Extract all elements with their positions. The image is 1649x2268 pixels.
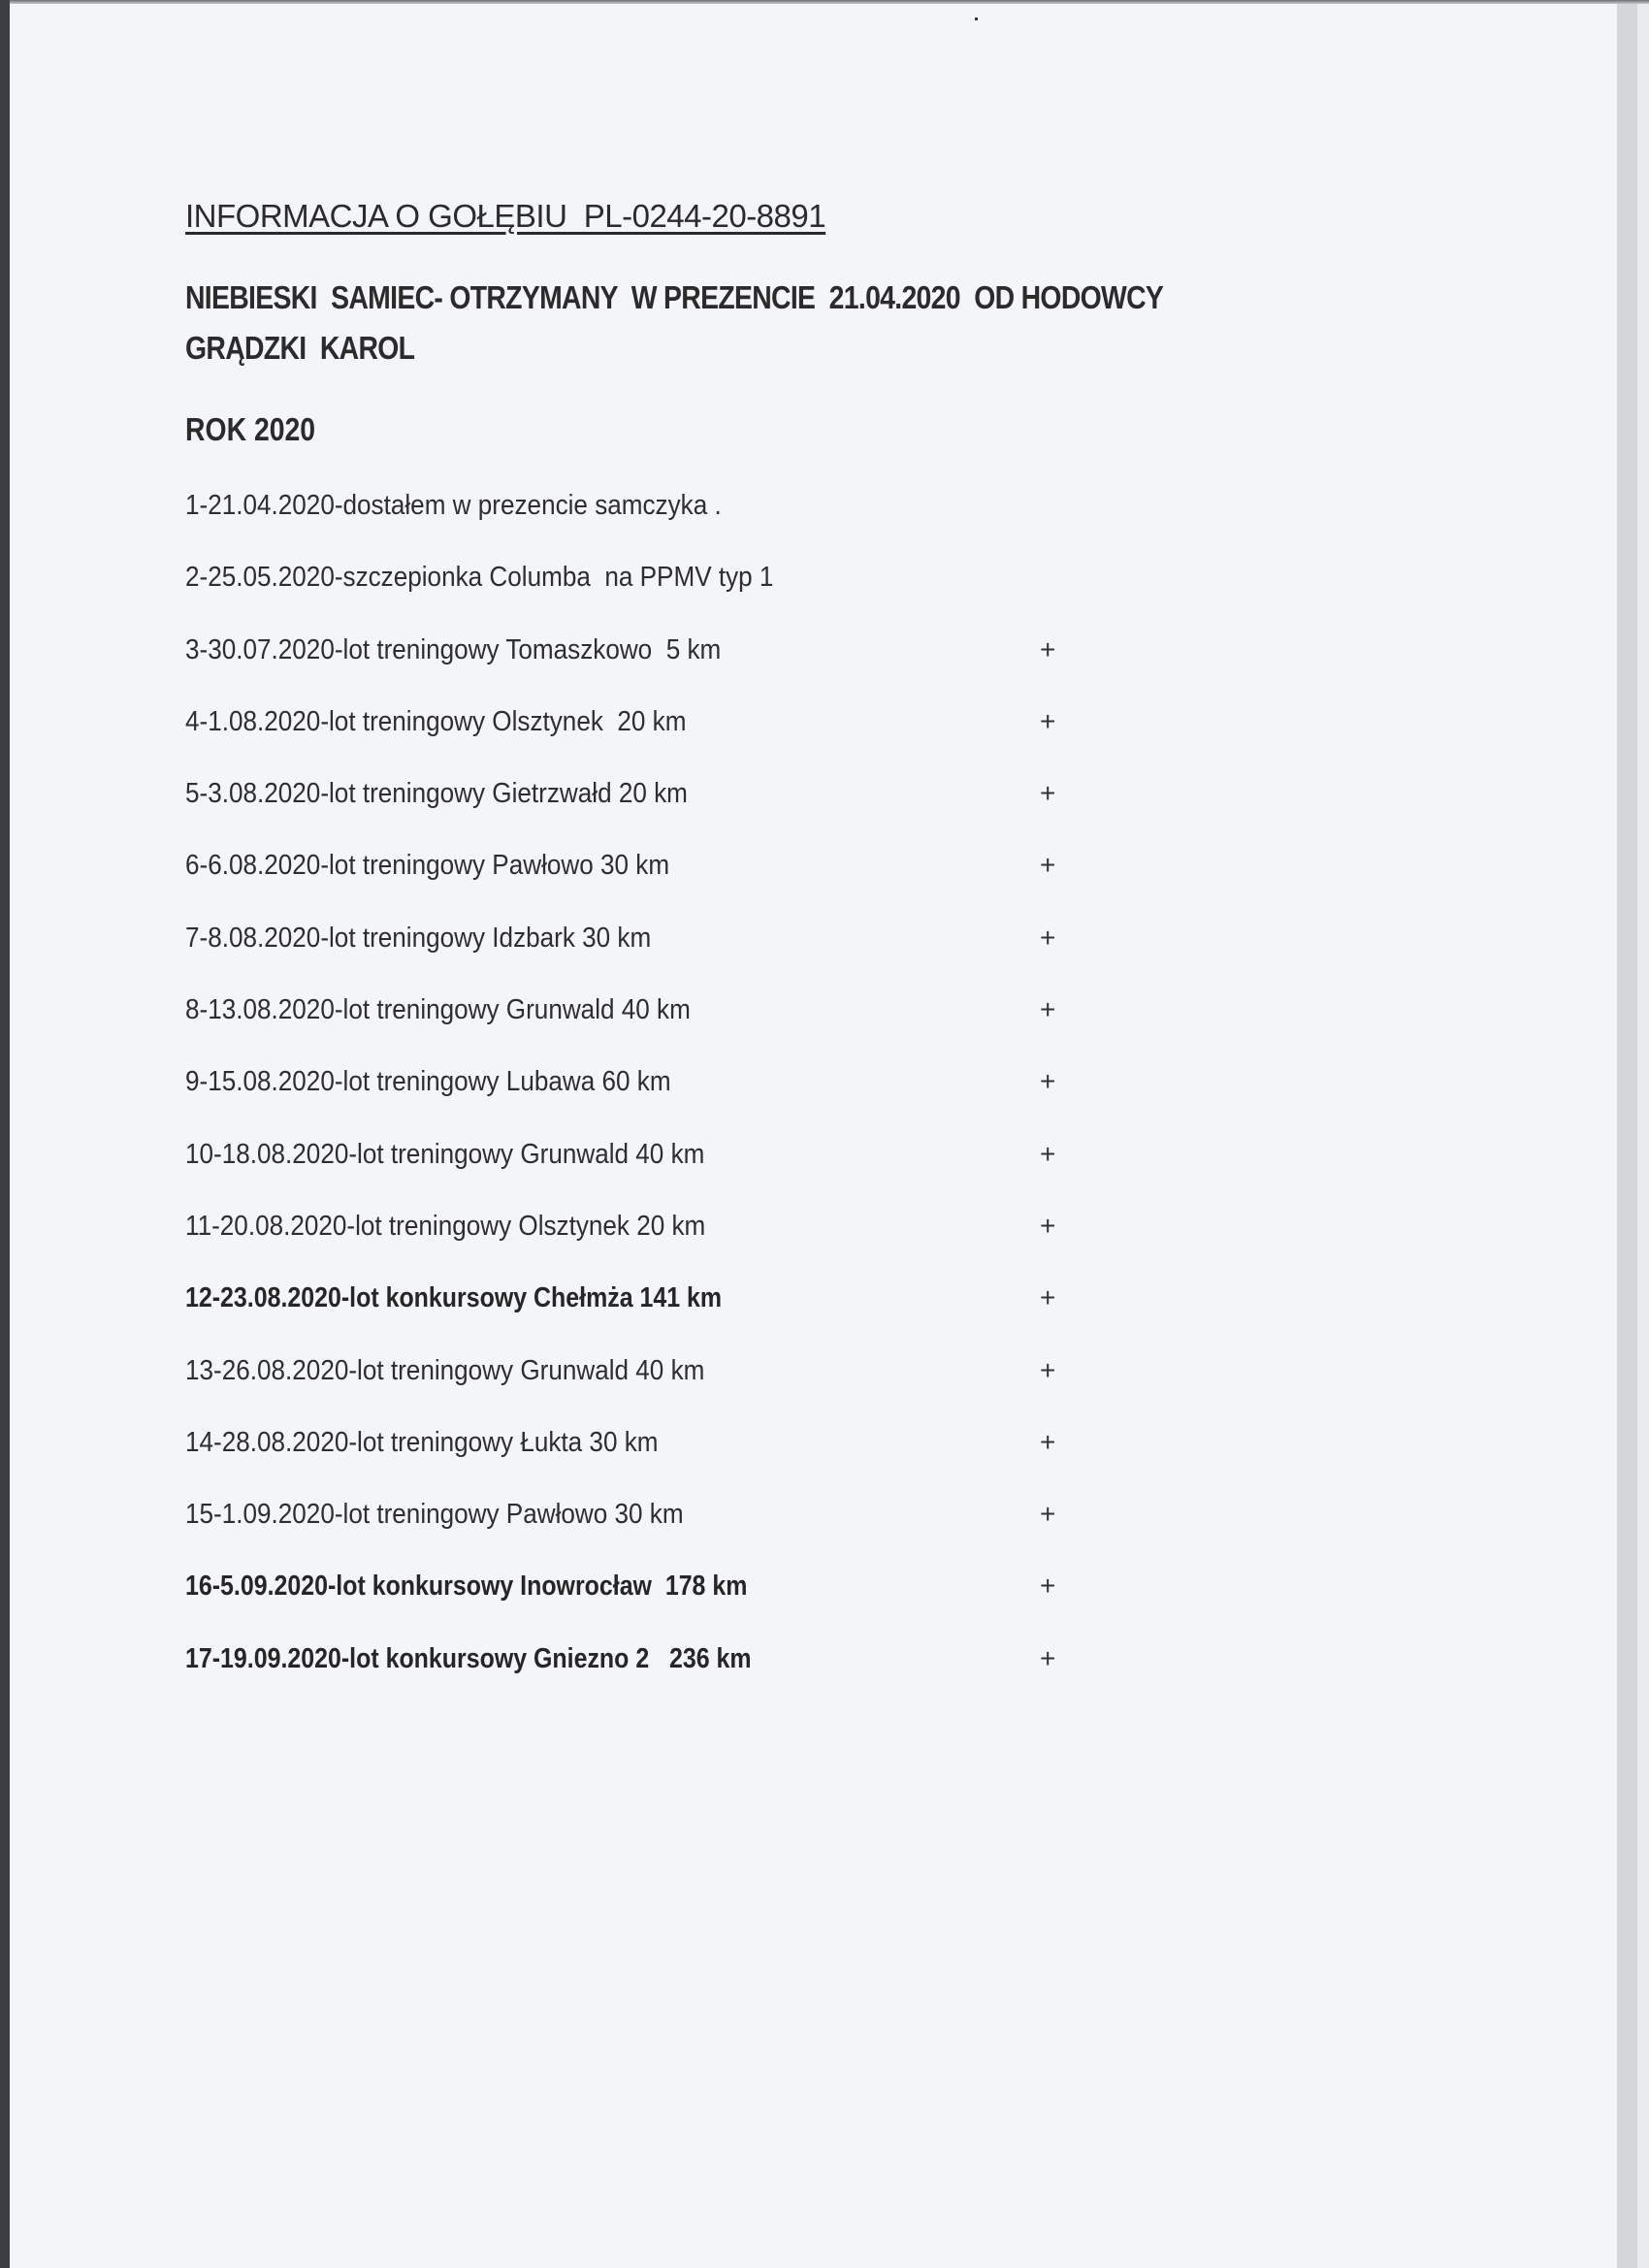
log-entry-text: 4-1.08.2020-lot treningowy Olsztynek 20 …	[185, 706, 686, 738]
plus-mark-icon: +	[1040, 850, 1055, 881]
log-entry: 7-8.08.2020-lot treningowy Idzbark 30 km…	[185, 923, 1155, 994]
plus-mark-icon: +	[1040, 923, 1055, 954]
log-entry-text: 1-21.04.2020-dostałem w prezencie samczy…	[185, 490, 722, 522]
log-entry: 3-30.07.2020-lot treningowy Tomaszkowo 5…	[185, 634, 1155, 706]
scan-left-edge	[0, 0, 10, 2268]
plus-mark-icon: +	[1040, 1211, 1055, 1242]
plus-mark-icon: +	[1040, 634, 1055, 665]
plus-mark-icon: +	[1040, 778, 1055, 809]
log-entry: 2-25.05.2020-szczepionka Columba na PPMV…	[185, 562, 1155, 633]
plus-mark-icon: +	[1040, 1571, 1055, 1602]
log-entry-text: 17-19.09.2020-lot konkursowy Gniezno 2 2…	[185, 1643, 752, 1675]
log-entry: 17-19.09.2020-lot konkursowy Gniezno 2 2…	[185, 1643, 1155, 1715]
log-entry: 13-26.08.2020-lot treningowy Grunwald 40…	[185, 1355, 1155, 1427]
log-entry: 16-5.09.2020-lot konkursowy Inowrocław 1…	[185, 1571, 1155, 1642]
log-entry: 6-6.08.2020-lot treningowy Pawłowo 30 km…	[185, 850, 1155, 922]
year-heading: ROK 2020	[185, 411, 315, 448]
plus-mark-icon: +	[1040, 1355, 1055, 1386]
plus-mark-icon: +	[1040, 994, 1055, 1025]
document-title: INFORMACJA O GOŁĘBIU PL-0244-20-8891	[185, 198, 825, 235]
paper-right-edge	[1617, 4, 1637, 2268]
log-entry-text: 15-1.09.2020-lot treningowy Pawłowo 30 k…	[185, 1499, 684, 1531]
pigeon-description-line1: NIEBIESKI SAMIEC- OTRZYMANY W PREZENCIE …	[185, 279, 1163, 316]
log-entry: 15-1.09.2020-lot treningowy Pawłowo 30 k…	[185, 1499, 1155, 1571]
log-entry-text: 16-5.09.2020-lot konkursowy Inowrocław 1…	[185, 1571, 747, 1603]
log-entry: 1-21.04.2020-dostałem w prezencie samczy…	[185, 490, 1155, 562]
log-entry: 11-20.08.2020-lot treningowy Olsztynek 2…	[185, 1211, 1155, 1282]
plus-mark-icon: +	[1040, 1066, 1055, 1097]
log-entry: 10-18.08.2020-lot treningowy Grunwald 40…	[185, 1139, 1155, 1211]
plus-mark-icon: +	[1040, 1282, 1055, 1313]
log-entry-text: 14-28.08.2020-lot treningowy Łukta 30 km	[185, 1427, 659, 1459]
log-entry: 12-23.08.2020-lot konkursowy Chełmża 141…	[185, 1282, 1155, 1354]
log-entry: 8-13.08.2020-lot treningowy Grunwald 40 …	[185, 994, 1155, 1066]
log-entry-text: 7-8.08.2020-lot treningowy Idzbark 30 km	[185, 923, 651, 955]
log-entry-text: 11-20.08.2020-lot treningowy Olsztynek 2…	[185, 1211, 705, 1243]
scan-speck	[975, 17, 978, 20]
plus-mark-icon: +	[1040, 1499, 1055, 1530]
plus-mark-icon: +	[1040, 1139, 1055, 1170]
log-entry: 14-28.08.2020-lot treningowy Łukta 30 km…	[185, 1427, 1155, 1499]
pigeon-description-line2: GRĄDZKI KAROL	[185, 330, 414, 367]
log-entry-text: 5-3.08.2020-lot treningowy Gietrzwałd 20…	[185, 778, 688, 810]
log-entry-text: 13-26.08.2020-lot treningowy Grunwald 40…	[185, 1355, 704, 1387]
log-entry-text: 2-25.05.2020-szczepionka Columba na PPMV…	[185, 562, 773, 594]
log-entry-text: 9-15.08.2020-lot treningowy Lubawa 60 km	[185, 1066, 671, 1098]
log-entry: 4-1.08.2020-lot treningowy Olsztynek 20 …	[185, 706, 1155, 778]
paper-right-edge-outer	[1637, 4, 1649, 2268]
log-entry-text: 6-6.08.2020-lot treningowy Pawłowo 30 km	[185, 850, 669, 882]
log-entry-text: 12-23.08.2020-lot konkursowy Chełmża 141…	[185, 1282, 722, 1314]
log-entry-text: 10-18.08.2020-lot treningowy Grunwald 40…	[185, 1139, 704, 1171]
log-entry: 5-3.08.2020-lot treningowy Gietrzwałd 20…	[185, 778, 1155, 850]
log-entry-text: 3-30.07.2020-lot treningowy Tomaszkowo 5…	[185, 634, 721, 666]
plus-mark-icon: +	[1040, 1643, 1055, 1674]
log-entry-text: 8-13.08.2020-lot treningowy Grunwald 40 …	[185, 994, 691, 1026]
log-entry: 9-15.08.2020-lot treningowy Lubawa 60 km…	[185, 1066, 1155, 1138]
plus-mark-icon: +	[1040, 1427, 1055, 1458]
event-log-list: 1-21.04.2020-dostałem w prezencie samczy…	[185, 490, 1155, 1715]
plus-mark-icon: +	[1040, 706, 1055, 737]
